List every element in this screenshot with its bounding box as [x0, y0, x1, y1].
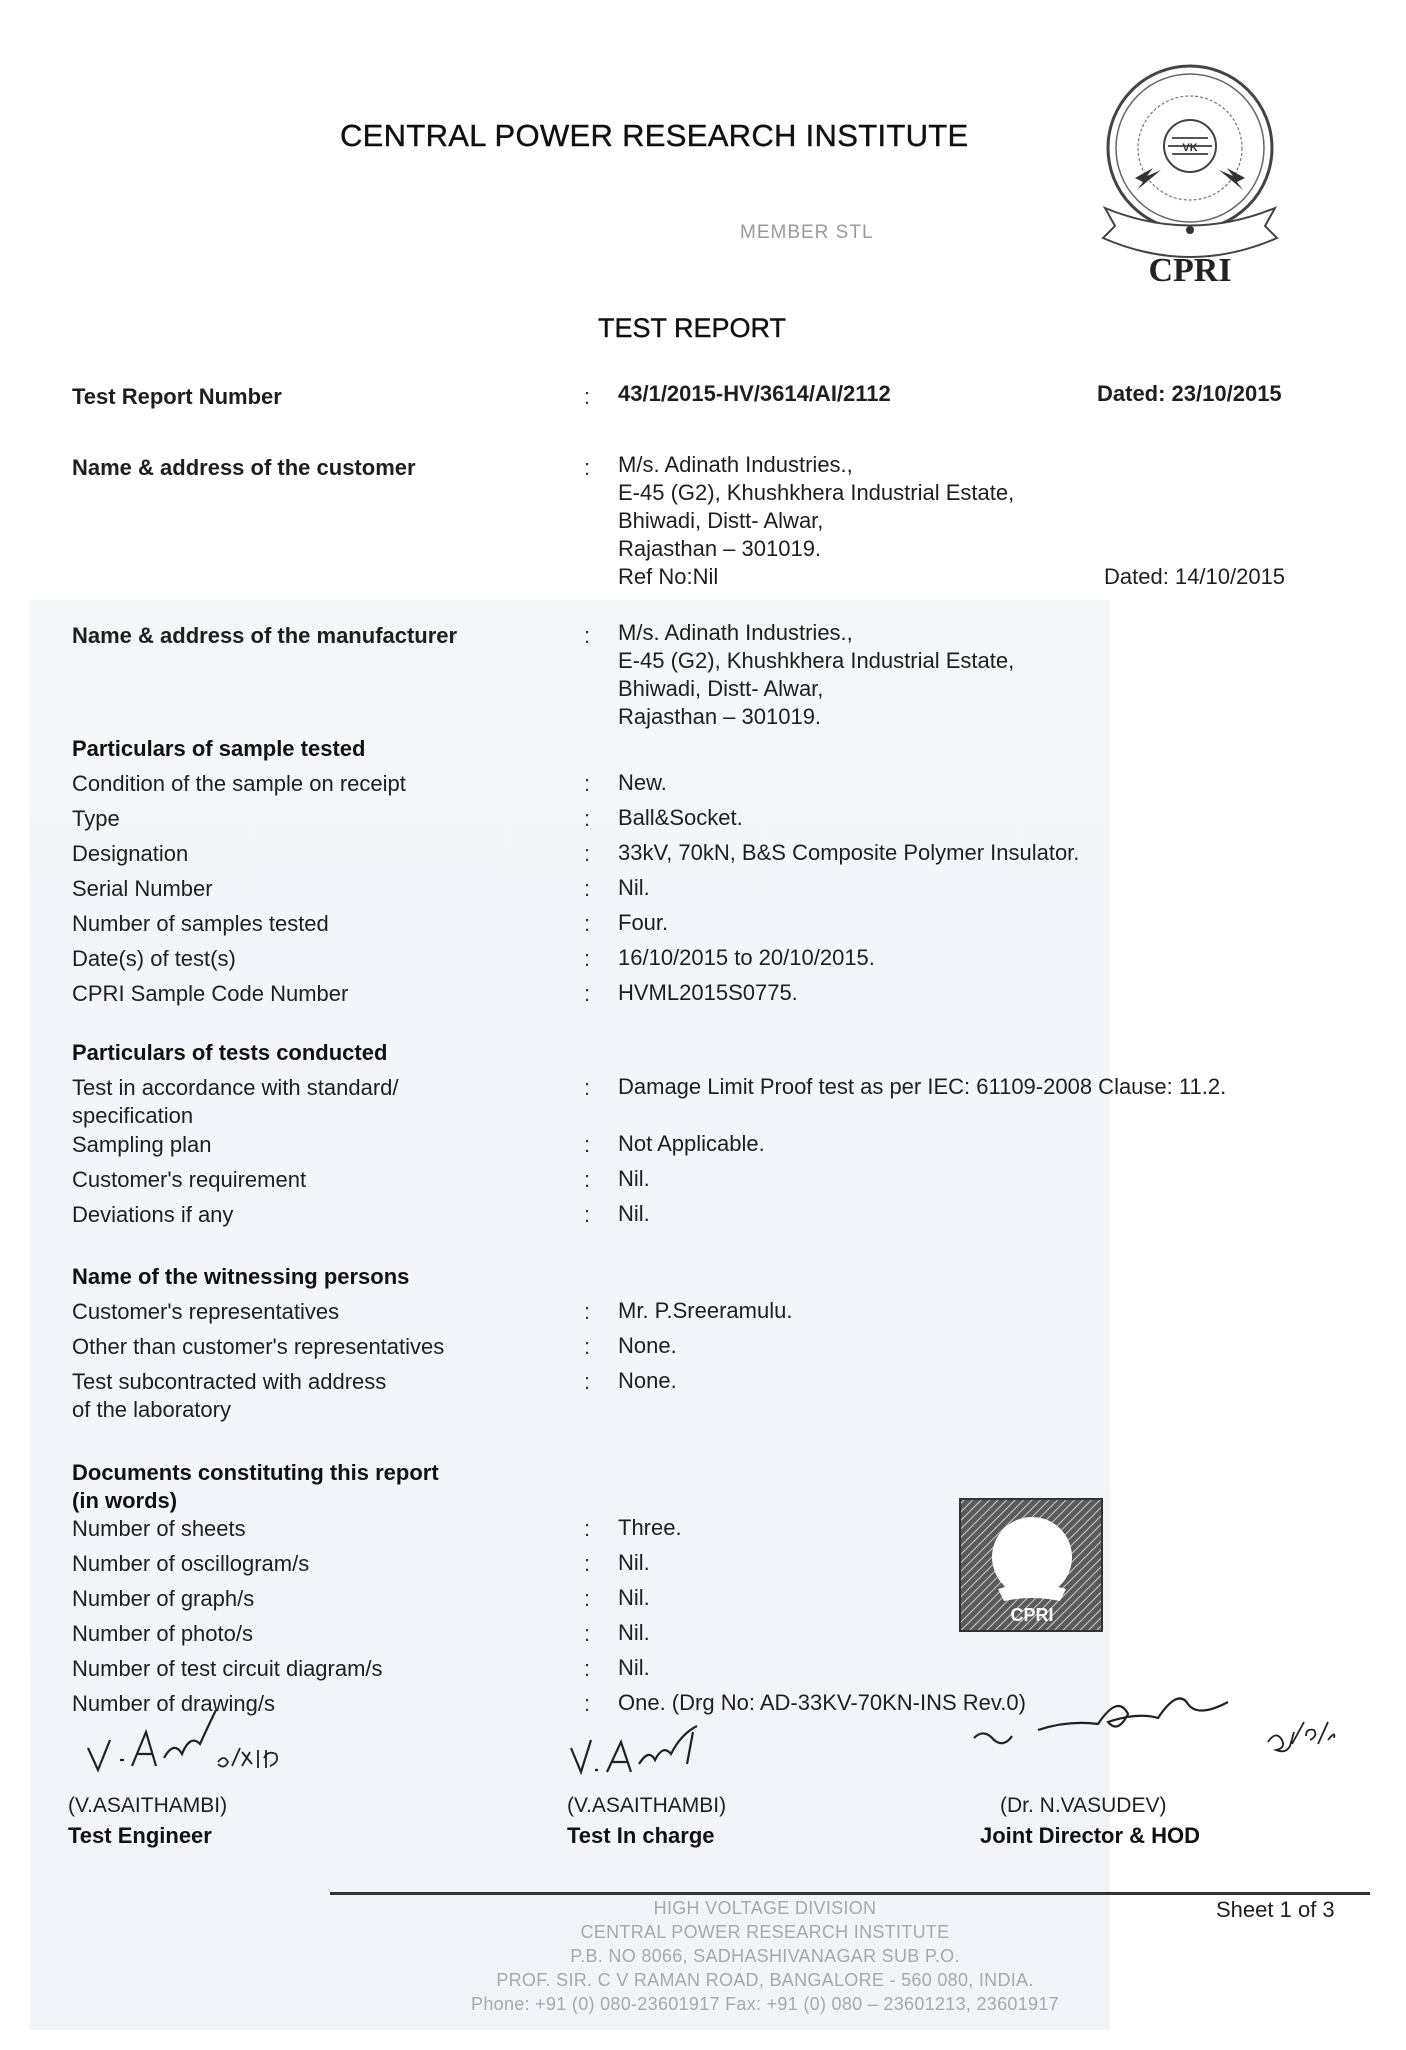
row-value: Mr. P.Sreeramulu.	[618, 1297, 792, 1325]
report-date: Dated: 23/10/2015	[1097, 380, 1282, 408]
row-label: Sampling plan	[72, 1132, 211, 1158]
sheet-number: Sheet 1 of 3	[1216, 1897, 1335, 1923]
row-value: Ball&Socket.	[618, 804, 743, 832]
cpri-hologram-stamp-icon: CPRI	[958, 1497, 1104, 1633]
row-value: Nil.	[618, 1200, 650, 1228]
report-number-label: Test Report Number	[72, 384, 282, 410]
row-label: Number of samples tested	[72, 911, 329, 937]
colon: :	[584, 1621, 590, 1647]
colon: :	[584, 771, 590, 797]
row-label: Number of graph/s	[72, 1586, 254, 1612]
sample-section-heading: Particulars of sample tested	[72, 736, 365, 762]
colon: :	[584, 1516, 590, 1542]
address-line: Bhiwadi, Distt- Alwar,	[618, 675, 1014, 703]
colon: :	[584, 841, 590, 867]
colon: :	[584, 455, 590, 481]
signature-test-in-charge-icon	[565, 1718, 785, 1778]
footer-divider	[330, 1892, 1370, 1895]
row-label: Type	[72, 806, 120, 832]
row-label: Number of test circuit diagram/s	[72, 1656, 383, 1682]
row-value: Nil.	[618, 1619, 650, 1647]
footer-institute: CENTRAL POWER RESEARCH INSTITUTE	[415, 1922, 1115, 1943]
row-value: 33kV, 70kN, B&S Composite Polymer Insula…	[618, 839, 1079, 867]
row-label: Serial Number	[72, 876, 213, 902]
colon: :	[584, 911, 590, 937]
tests-section-heading: Particulars of tests conducted	[72, 1040, 387, 1066]
address-line: E-45 (G2), Khushkhera Industrial Estate,	[618, 479, 1014, 507]
cpri-emblem-icon: VK	[1090, 58, 1290, 268]
test-in-charge-role: Test In charge	[567, 1823, 715, 1849]
colon: :	[584, 623, 590, 649]
address-line: E-45 (G2), Khushkhera Industrial Estate,	[618, 647, 1014, 675]
row-value: 16/10/2015 to 20/10/2015.	[618, 944, 875, 972]
colon: :	[584, 1167, 590, 1193]
colon: :	[584, 1132, 590, 1158]
row-value: None.	[618, 1332, 677, 1360]
row-label: CPRI Sample Code Number	[72, 981, 348, 1007]
customer-address: M/s. Adinath Industries., E-45 (G2), Khu…	[618, 451, 1014, 591]
customer-label: Name & address of the customer	[72, 455, 416, 481]
row-value: New.	[618, 769, 667, 797]
documents-section-heading: Documents constituting this report	[72, 1460, 439, 1486]
row-value: Nil.	[618, 1584, 650, 1612]
institute-name: CENTRAL POWER RESEARCH INSTITUTE	[340, 118, 969, 154]
test-in-charge-name: (V.ASAITHAMBI)	[567, 1794, 726, 1818]
row-value: Nil.	[618, 1549, 650, 1577]
footer-address: PROF. SIR. C V RAMAN ROAD, BANGALORE - 5…	[415, 1970, 1115, 1991]
colon: :	[584, 1551, 590, 1577]
footer-po-box: P.B. NO 8066, SADHASHIVANAGAR SUB P.O.	[415, 1946, 1115, 1967]
manufacturer-label: Name & address of the manufacturer	[72, 623, 457, 649]
footer-division: HIGH VOLTAGE DIVISION	[415, 1898, 1115, 1919]
manufacturer-address: M/s. Adinath Industries., E-45 (G2), Khu…	[618, 619, 1014, 731]
row-label: Condition of the sample on receipt	[72, 771, 406, 797]
colon: :	[584, 1202, 590, 1228]
ref-date: Dated: 14/10/2015	[1104, 563, 1285, 591]
row-value: One. (Drg No: AD-33KV-70KN-INS Rev.0)	[618, 1689, 1026, 1717]
colon: :	[584, 876, 590, 902]
colon: :	[584, 946, 590, 972]
row-value: Four.	[618, 909, 668, 937]
row-label: Designation	[72, 841, 188, 867]
colon: :	[584, 384, 590, 410]
signature-joint-director-icon	[968, 1680, 1348, 1760]
report-number: 43/1/2015-HV/3614/AI/2112	[618, 380, 891, 408]
row-label: Customer's representatives	[72, 1299, 339, 1325]
row-value: None.	[618, 1367, 677, 1395]
svg-text:VK: VK	[1182, 142, 1197, 154]
row-value: Nil.	[618, 1165, 650, 1193]
address-line: Bhiwadi, Distt- Alwar,	[618, 507, 1014, 535]
row-label: Deviations if any	[72, 1202, 233, 1228]
colon: :	[584, 806, 590, 832]
colon: :	[584, 981, 590, 1007]
row-label: Number of photo/s	[72, 1621, 253, 1647]
colon: :	[584, 1586, 590, 1612]
row-label: Test subcontracted with address	[72, 1369, 386, 1395]
member-stl: MEMBER STL	[740, 222, 874, 244]
row-label: Number of oscillogram/s	[72, 1551, 309, 1577]
cpri-logo-text: CPRI	[1110, 252, 1270, 290]
row-value: Nil.	[618, 874, 650, 902]
joint-director-name: (Dr. N.VASUDEV)	[1000, 1794, 1166, 1818]
row-value: Damage Limit Proof test as per IEC: 6110…	[618, 1073, 1226, 1101]
test-engineer-name: (V.ASAITHAMBI)	[68, 1794, 227, 1818]
witness-section-heading: Name of the witnessing persons	[72, 1264, 409, 1290]
address-line: Rajasthan – 301019.	[618, 703, 1014, 731]
test-engineer-role: Test Engineer	[68, 1823, 212, 1849]
joint-director-role: Joint Director & HOD	[980, 1823, 1200, 1849]
row-label: Other than customer's representatives	[72, 1334, 444, 1360]
row-label-continued: of the laboratory	[72, 1397, 231, 1423]
row-label: Customer's requirement	[72, 1167, 306, 1193]
colon: :	[584, 1691, 590, 1717]
colon: :	[584, 1299, 590, 1325]
row-value: Three.	[618, 1514, 682, 1542]
address-line: Rajasthan – 301019.	[618, 535, 1014, 563]
documents-section-subheading: (in words)	[72, 1488, 177, 1514]
colon: :	[584, 1369, 590, 1395]
row-value: Not Applicable.	[618, 1130, 765, 1158]
address-line: M/s. Adinath Industries.,	[618, 619, 1014, 647]
colon: :	[584, 1075, 590, 1101]
address-line: M/s. Adinath Industries.,	[618, 451, 1014, 479]
signature-test-engineer-icon	[80, 1710, 360, 1780]
colon: :	[584, 1656, 590, 1682]
row-label-continued: specification	[72, 1103, 193, 1129]
footer-contact: Phone: +91 (0) 080-23601917 Fax: +91 (0)…	[415, 1994, 1115, 2015]
colon: :	[584, 1334, 590, 1360]
ref-no: Ref No:Nil	[618, 563, 1014, 591]
svg-text:CPRI: CPRI	[1010, 1605, 1053, 1625]
row-value: HVML2015S0775.	[618, 979, 798, 1007]
row-label: Test in accordance with standard/	[72, 1075, 399, 1101]
row-label: Number of sheets	[72, 1516, 246, 1542]
row-label: Date(s) of test(s)	[72, 946, 236, 972]
report-title: TEST REPORT	[598, 313, 786, 344]
row-value: Nil.	[618, 1654, 650, 1682]
